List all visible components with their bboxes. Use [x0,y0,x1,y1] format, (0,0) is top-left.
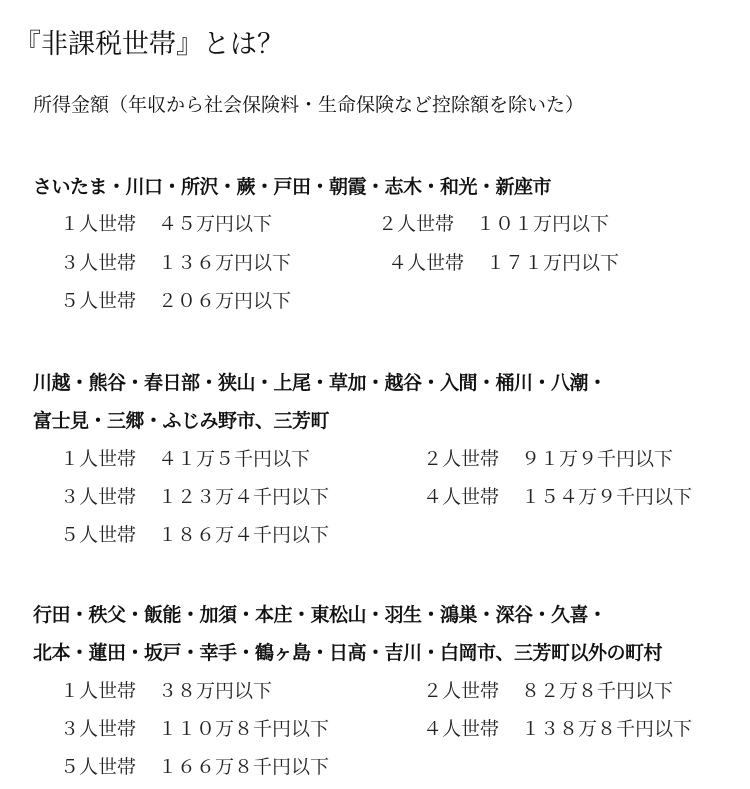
household-size: ２人世帯 [423,676,499,703]
income-limit: １２３万４千円以下 [158,482,329,509]
area-heading: 川越・熊谷・春日部・狭山・上尾・草加・越谷・入間・桶川・八潮・ [33,368,607,395]
household-row: ４人世帯１５４万９千円以下 [423,482,692,509]
income-limit: １３６万円以下 [158,248,291,275]
income-limit: ４５万円以下 [158,209,272,236]
area-heading: さいたま・川口・所沢・蕨・戸田・朝霞・志木・和光・新座市 [33,172,551,199]
household-row: １人世帯４１万５千円以下 [60,444,310,471]
household-size: ３人世帯 [60,714,136,741]
household-size: １人世帯 [60,209,136,236]
income-limit: ２０６万円以下 [158,286,291,313]
area-heading: 行田・秩父・飯能・加須・本庄・東松山・羽生・鴻巣・深谷・久喜・ [33,600,607,627]
income-limit: ９１万９千円以下 [521,444,673,471]
household-size: ５人世帯 [60,752,136,779]
household-row: ５人世帯１６６万８千円以下 [60,752,329,779]
page-title: 『非課税世帯』とは？ [14,22,284,61]
household-size: ３人世帯 [60,248,136,275]
household-row: １人世帯４５万円以下 [60,209,272,236]
household-size: ４人世帯 [388,248,464,275]
income-limit: １７１万円以下 [486,248,619,275]
household-size: １人世帯 [60,676,136,703]
household-row: ２人世帯９１万９千円以下 [423,444,673,471]
household-size: ４人世帯 [423,482,499,509]
income-definition: 所得金額（年収から社会保険料・生命保険など控除額を除いた） [33,90,584,117]
area-heading: 北本・蓮田・坂戸・幸手・鶴ヶ島・日高・吉川・白岡市、三芳町以外の町村 [33,638,662,665]
household-row: ３人世帯１３６万円以下 [60,248,291,275]
household-row: ５人世帯１８６万４千円以下 [60,520,329,547]
household-size: ２人世帯 [378,209,454,236]
income-limit: １５４万９千円以下 [521,482,692,509]
income-limit: １０１万円以下 [476,209,609,236]
income-limit: １８６万４千円以下 [158,520,329,547]
household-size: ４人世帯 [423,714,499,741]
household-size: ５人世帯 [60,520,136,547]
income-limit: １１０万８千円以下 [158,714,329,741]
household-size: ３人世帯 [60,482,136,509]
household-row: ４人世帯１３８万８千円以下 [423,714,692,741]
household-row: ３人世帯１２３万４千円以下 [60,482,329,509]
income-limit: １６６万８千円以下 [158,752,329,779]
household-row: ２人世帯８２万８千円以下 [423,676,673,703]
household-size: ２人世帯 [423,444,499,471]
income-limit: １３８万８千円以下 [521,714,692,741]
household-row: ２人世帯１０１万円以下 [378,209,609,236]
household-row: ５人世帯２０６万円以下 [60,286,291,313]
household-row: ４人世帯１７１万円以下 [388,248,619,275]
household-size: １人世帯 [60,444,136,471]
household-row: ３人世帯１１０万８千円以下 [60,714,329,741]
household-size: ５人世帯 [60,286,136,313]
area-heading: 富士見・三郷・ふじみ野市、三芳町 [33,406,329,433]
income-limit: ３８万円以下 [158,676,272,703]
income-limit: ４１万５千円以下 [158,444,310,471]
income-limit: ８２万８千円以下 [521,676,673,703]
household-row: １人世帯３８万円以下 [60,676,272,703]
